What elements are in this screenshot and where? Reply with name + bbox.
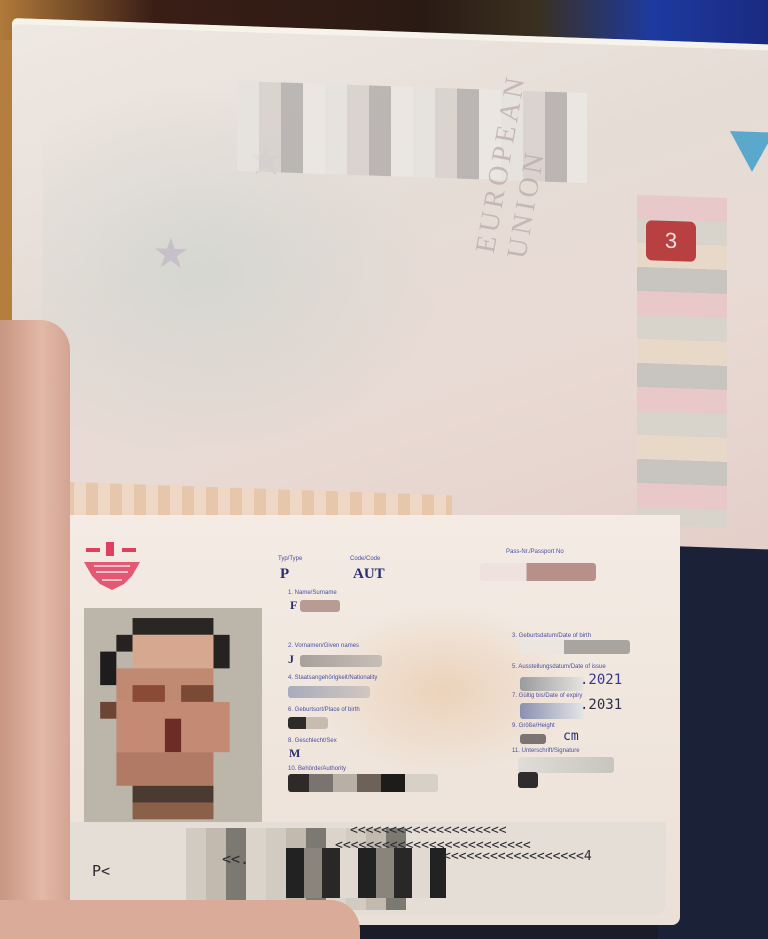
country-code-value: AUT [353, 566, 385, 583]
date-of-expiry-label: 7. Gültig bis/Date of expiry [512, 693, 582, 700]
given-names-label: 2. Vornamen/Given names [288, 643, 359, 650]
signature-label: 11. Unterschrift/Signature [512, 748, 580, 755]
country-code-label: Code/Code [350, 556, 380, 563]
type-label: Typ/Type [278, 556, 302, 563]
passport-no-label: Pass-Nr./Passport No [506, 549, 564, 556]
mrz-line-0: <<<<<<<<<<<<<<<<<<<< [350, 823, 507, 838]
height-value: cm [563, 729, 579, 744]
redacted-date-of-expiry [520, 703, 584, 719]
star-icon: ★ [152, 228, 190, 278]
date-of-issue-label: 5. Ausstellungsdatum/Date of issue [512, 664, 606, 671]
corner-triangle-icon [730, 131, 768, 173]
place-of-birth-label: 6. Geburtsort/Place of birth [288, 707, 360, 714]
sex-label: 8. Geschlecht/Sex [288, 738, 337, 745]
mrz-line1-start: P< [92, 862, 110, 880]
redacted-date-of-issue [520, 677, 584, 691]
height-label: 9. Größe/Height [512, 723, 555, 730]
type-value: P [280, 566, 289, 583]
redacted-signature [518, 772, 538, 788]
austrian-eagle-emblem-icon [80, 540, 144, 594]
redacted-signature [518, 757, 614, 773]
hand-fingers [0, 900, 360, 939]
redacted-passport-no [480, 563, 596, 581]
mrz-line1-mid: <<. [222, 850, 249, 868]
surname-value: F [290, 598, 297, 613]
date-of-issue-value: .2021 [580, 672, 622, 688]
redacted-surname [300, 600, 340, 612]
redacted-nationality [288, 686, 370, 698]
redacted-height [520, 734, 546, 744]
redacted-given-names [300, 655, 382, 667]
date-of-birth-label: 3. Geburtsdatum/Date of birth [512, 633, 591, 640]
redacted-place-of-birth [288, 717, 328, 729]
given-names-value: J [288, 652, 294, 667]
redacted-mrz [286, 848, 446, 898]
redacted-date-of-birth [520, 640, 630, 654]
page-number-badge: 3 [646, 220, 696, 262]
hand-left [0, 320, 70, 939]
redacted-authority [288, 774, 438, 792]
authority-label: 10. Behörde/Authority [288, 766, 346, 773]
nationality-label: 4. Staatsangehörigkeit/Nationality [288, 675, 377, 682]
holder-photo-redacted [84, 608, 262, 826]
pixelated-face [84, 608, 262, 826]
date-of-expiry-value: .2031 [580, 697, 622, 713]
surname-label: 1. Name/Surname [288, 590, 337, 597]
mrz-line2-end: <<<<<<<<<<<<<<<<<<4 [443, 849, 592, 864]
sex-value: M [289, 746, 300, 761]
passport-upper-page: ★ ★ 3 [12, 18, 768, 549]
